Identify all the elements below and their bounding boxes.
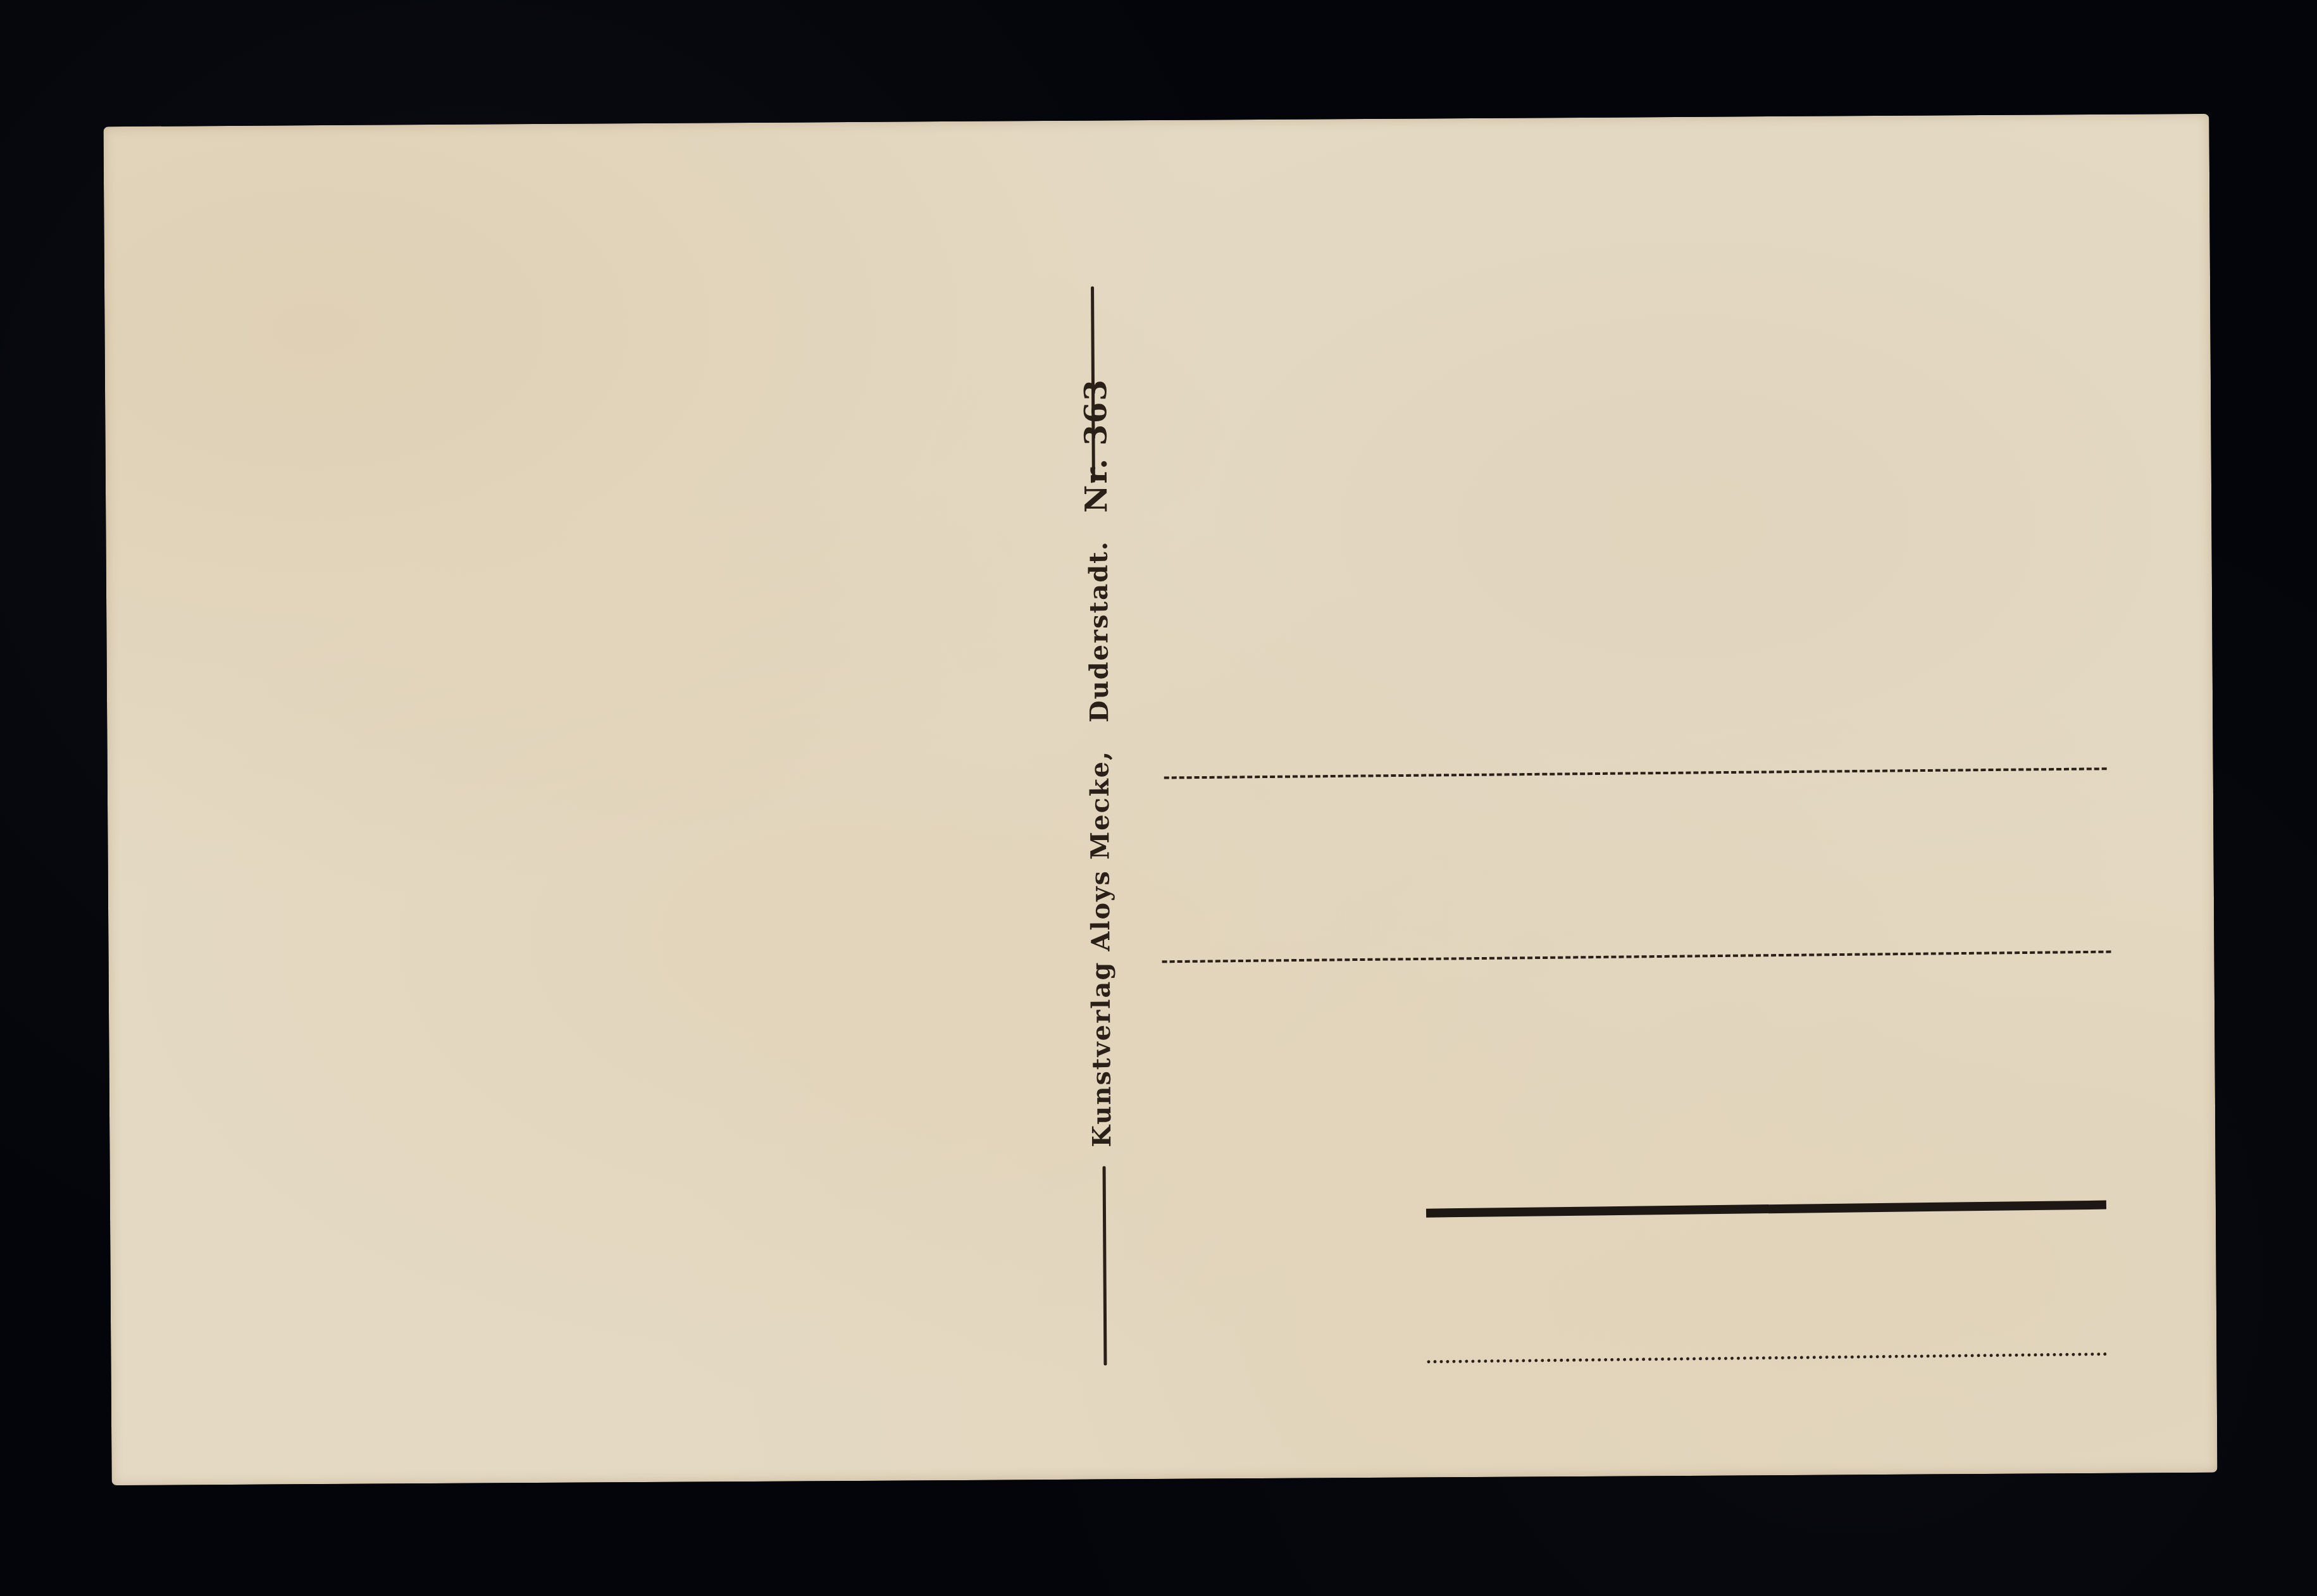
- publisher-imprint: Kunstverlag Aloys Mecke, Duderstadt. Nr.…: [1079, 498, 1118, 1156]
- imprint-city: Duderstadt.: [1083, 540, 1114, 722]
- postcard-back: Kunstverlag Aloys Mecke, Duderstadt. Nr.…: [103, 114, 2217, 1485]
- imprint-number: Nr. 363: [1078, 378, 1114, 513]
- address-line-1: [1164, 767, 2107, 779]
- address-line-4-dotted: [1427, 1352, 2107, 1363]
- imprint-publisher: Kunstverlag Aloys Mecke,: [1085, 750, 1117, 1148]
- divider-line-bottom: [1103, 1166, 1107, 1366]
- address-line-3-solid: [1426, 1201, 2106, 1218]
- address-line-2: [1162, 951, 2111, 963]
